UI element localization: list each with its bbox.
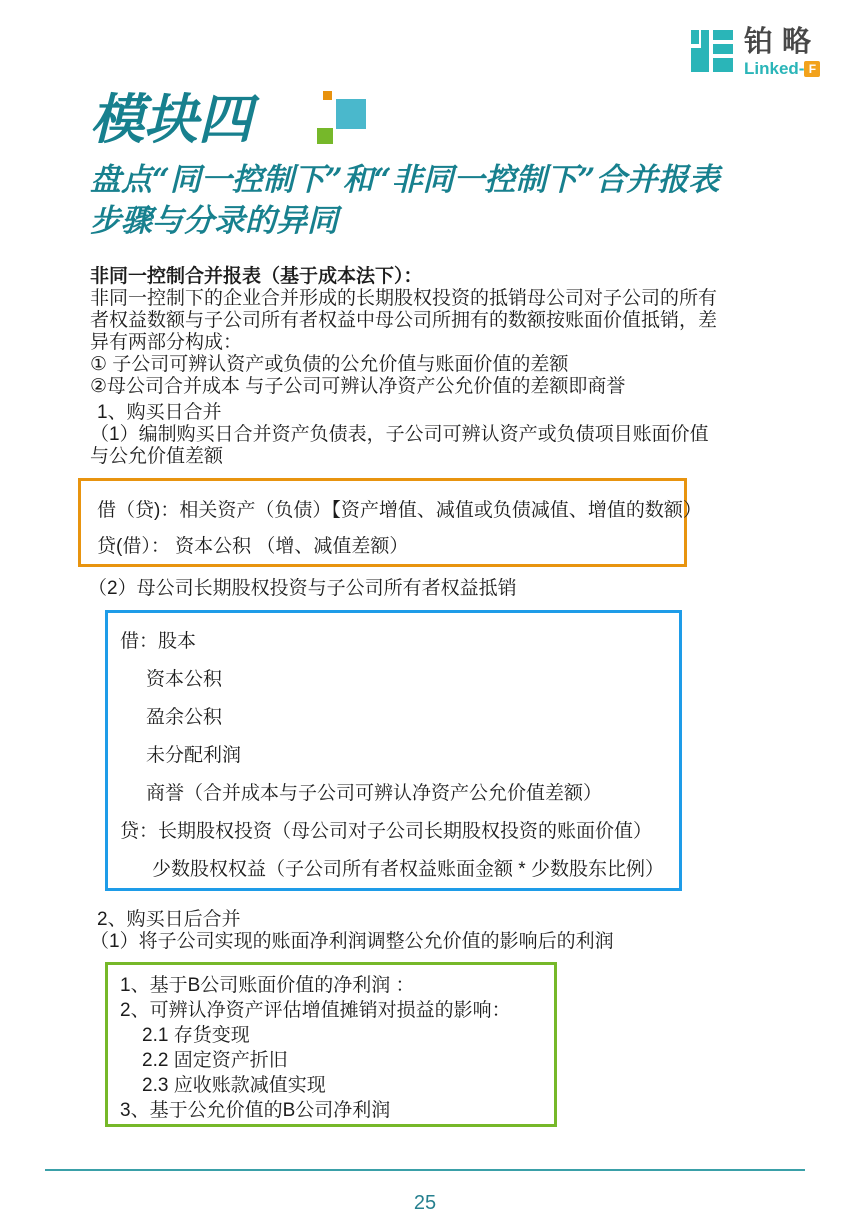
document-page: 铂略 Linked- F 模块四 盘点“同一控制下”和“非同一控制下”合并报表 … bbox=[0, 0, 850, 1228]
linked-f-logo-icon bbox=[683, 24, 737, 78]
profit-line: 2.3 应收账款减值实现 bbox=[142, 1073, 542, 1098]
equity-line: 贷：长期股权投资（母公司对子公司长期股权投资的账面价值） bbox=[120, 813, 665, 851]
intro-line: 非同一控制下的企业合并形成的长期股权投资的抵销母公司对子公司的所有 bbox=[90, 288, 717, 310]
intro-paragraph: 非同一控制合并报表（基于成本法下）： 非同一控制下的企业合并形成的长期股权投资的… bbox=[90, 266, 717, 398]
deco-square-green-icon bbox=[317, 128, 333, 144]
equity-line: 商誉（合并成本与子公司可辨认净资产公允价值差额） bbox=[146, 775, 665, 813]
equity-line: 资本公积 bbox=[146, 661, 665, 699]
section-2-desc: （1）将子公司实现的账面净利润调整公允价值的影响后的利润 bbox=[90, 931, 614, 953]
equity-line: 盈余公积 bbox=[146, 699, 665, 737]
brand-text: 铂略 Linked- F bbox=[744, 24, 820, 78]
profit-line: 2.1 存货变现 bbox=[142, 1023, 542, 1048]
section-1-desc-line-2: 与公允价值差额 bbox=[90, 446, 709, 468]
entry-debit-line: 借（贷)：相关资产（负债）【资产增值、减值或负债减值、增值的数额） bbox=[97, 493, 668, 529]
brand-name-cn: 铂略 bbox=[744, 26, 820, 58]
entry-credit-line: 贷(借）： 资本公积 （增、减值差额） bbox=[97, 529, 668, 565]
deco-square-orange-icon bbox=[323, 91, 332, 100]
brand-name-en: Linked- bbox=[744, 60, 804, 78]
equity-elimination-box-blue: 借：股本 资本公积 盈余公积 未分配利润 商誉（合并成本与子公司可辨认净资产公允… bbox=[105, 610, 682, 891]
profit-adjustment-box-green: 1、基于B公司账面价值的净利润 ： 2、可辨认净资产评估增值摊销对损益的影响： … bbox=[105, 962, 557, 1127]
equity-line: 少数股权权益（子公司所有者权益账面金额 * 少数股东比例） bbox=[152, 851, 665, 889]
page-title: 模块四 bbox=[90, 88, 252, 150]
subtitle-line-2: 步骤与分录的异同 bbox=[90, 201, 719, 242]
page-number: 25 bbox=[0, 1192, 850, 1215]
deco-square-cyan-icon bbox=[336, 99, 366, 129]
profit-line: 2.2 固定资产折旧 bbox=[142, 1048, 542, 1073]
brand-f-badge: F bbox=[804, 61, 820, 77]
intro-line: 者权益数额与子公司所有者权益中母公司所拥有的数额按账面价值抵销，差 bbox=[90, 310, 717, 332]
subtitle-line-1: 盘点“同一控制下”和“非同一控制下”合并报表 bbox=[90, 160, 719, 201]
section-1-desc-line-1: （1）编制购买日合并资产负债表，子公司可辨认资产或负债项目账面价值 bbox=[90, 424, 709, 446]
page-subtitle: 盘点“同一控制下”和“非同一控制下”合并报表 步骤与分录的异同 bbox=[90, 160, 719, 242]
section-1-header: 1、购买日合并 （1）编制购买日合并资产负债表，子公司可辨认资产或负债项目账面价… bbox=[90, 402, 709, 468]
equity-line: 借：股本 bbox=[120, 623, 665, 661]
intro-line: ① 子公司可辨认资产或负债的公允价值与账面价值的差额 bbox=[90, 354, 717, 376]
section-1-desc-2: （2）母公司长期股权投资与子公司所有者权益抵销 bbox=[88, 578, 517, 600]
intro-line: 异有两部分构成： bbox=[90, 332, 717, 354]
journal-entry-box-orange: 借（贷)：相关资产（负债）【资产增值、减值或负债减值、增值的数额） 贷(借）： … bbox=[78, 478, 687, 567]
footer-divider bbox=[45, 1169, 805, 1171]
intro-heading: 非同一控制合并报表（基于成本法下）： bbox=[90, 266, 717, 288]
section-2-title: 2、购买日后合并 bbox=[90, 909, 614, 931]
equity-line: 未分配利润 bbox=[146, 737, 665, 775]
section-1-title: 1、购买日合并 bbox=[90, 402, 709, 424]
brand-logo: 铂略 Linked- F bbox=[683, 24, 820, 78]
profit-line: 3、基于公允价值的B公司净利润 bbox=[120, 1098, 542, 1123]
intro-line: ②母公司合并成本 与子公司可辨认净资产公允价值的差额即商誉 bbox=[90, 376, 717, 398]
profit-line: 2、可辨认净资产评估增值摊销对损益的影响： bbox=[120, 998, 542, 1023]
profit-line: 1、基于B公司账面价值的净利润 ： bbox=[120, 973, 542, 998]
section-2-header: 2、购买日后合并 （1）将子公司实现的账面净利润调整公允价值的影响后的利润 bbox=[90, 909, 614, 953]
